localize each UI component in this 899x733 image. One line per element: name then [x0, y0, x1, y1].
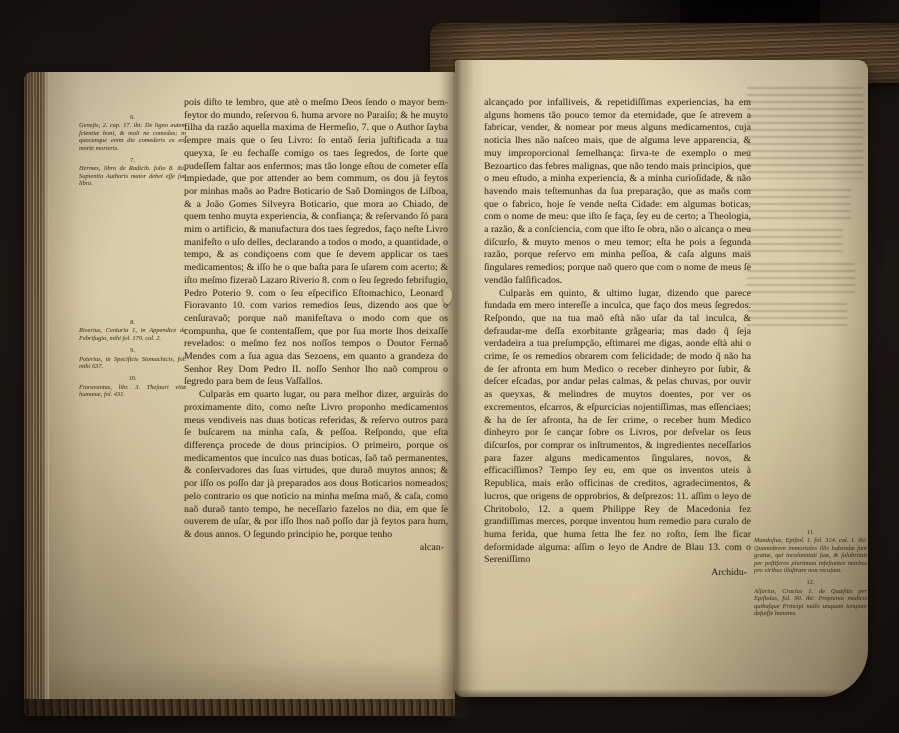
margin-note-text: Fioravantus, libr. 3. Theſauri vitæ huma… — [79, 384, 186, 398]
margin-note: 11. Mandoſius, Epiſtol. 1. fol. 324. col… — [754, 529, 867, 574]
left-page-edge-stack — [24, 72, 49, 716]
left-page-main-text: pois diſto te lembro, que atè o meſmo De… — [184, 97, 448, 554]
right-margin-notes: 11. Mandoſius, Epiſtol. 1. fol. 324. col… — [754, 529, 867, 622]
margin-note: 8. Riverius, Centuria 1, in Appendice de… — [79, 319, 186, 342]
margin-note: 6. Geneſis, 2. cap. 17. ibi: De ligno au… — [79, 114, 186, 152]
paragraph: Culparàs em quinto, & ultimo lugar, dize… — [484, 288, 751, 567]
left-page: 6. Geneſis, 2. cap. 17. ibi: De ligno au… — [24, 72, 455, 716]
margin-note: 12. Alſarius, Crucius 1. de Quæſitis per… — [754, 579, 867, 617]
show-through-block — [747, 303, 847, 329]
margin-note-number: 9. — [79, 347, 186, 354]
show-through-block — [747, 87, 863, 179]
margin-note-text: Geneſis, 2. cap. 17. ibi: De ligno autem… — [79, 122, 186, 151]
show-through-text — [747, 87, 863, 339]
left-margin-notes-group-1: 6. Geneſis, 2. cap. 17. ibi: De ligno au… — [79, 114, 186, 193]
paragraph: pois diſto te lembro, que atè o meſmo De… — [184, 97, 448, 389]
margin-note-text: Hermes, libro de Radicib. folio 8. ibi: … — [79, 165, 186, 187]
margin-note-text: Poterius, in Specificis Stomachicis, fol… — [79, 356, 186, 370]
show-through-block — [747, 263, 855, 293]
show-through-block — [747, 189, 851, 219]
margin-note-text: Riverius, Centuria 1, in Appendice de Fe… — [79, 327, 186, 341]
antique-book-photo: 6. Geneſis, 2. cap. 17. ibi: De ligno au… — [0, 0, 899, 733]
margin-note-number: 12. — [754, 579, 867, 586]
margin-note-number: 8. — [79, 319, 186, 326]
right-page-main-text: alcançado por infalliveis, & repetidiſſi… — [484, 97, 751, 580]
right-page: alcançado por infalliveis, & repetidiſſi… — [455, 60, 868, 697]
paragraph: alcançado por infalliveis, & repetidiſſi… — [484, 97, 751, 288]
margin-note: 9. Poterius, in Specificis Stomachicis, … — [79, 347, 186, 370]
margin-note-text: Alſarius, Crucius 1. de Quæſitis per Epi… — [754, 588, 867, 617]
left-margin-notes-group-2: 8. Riverius, Centuria 1, in Appendice de… — [79, 319, 186, 404]
margin-note-number: 7. — [79, 157, 186, 164]
paragraph: Culparàs em quarto lugar, ou para melhor… — [184, 389, 448, 541]
catchword: Archidu- — [484, 567, 751, 580]
catchword: alcan- — [184, 542, 448, 555]
margin-note-text: Mandoſius, Epiſtol. 1. fol. 324. col. 1.… — [754, 537, 867, 574]
margin-note-number: 6. — [79, 114, 186, 121]
show-through-block — [747, 229, 843, 253]
right-page-bottom-edge — [455, 689, 868, 697]
margin-note-number: 11. — [754, 529, 867, 536]
margin-note-number: 10. — [79, 375, 186, 382]
margin-note: 7. Hermes, libro de Radicib. folio 8. ib… — [79, 157, 186, 188]
margin-note: 10. Fioravantus, libr. 3. Theſauri vitæ … — [79, 375, 186, 398]
left-page-bottom-edge — [24, 699, 455, 716]
